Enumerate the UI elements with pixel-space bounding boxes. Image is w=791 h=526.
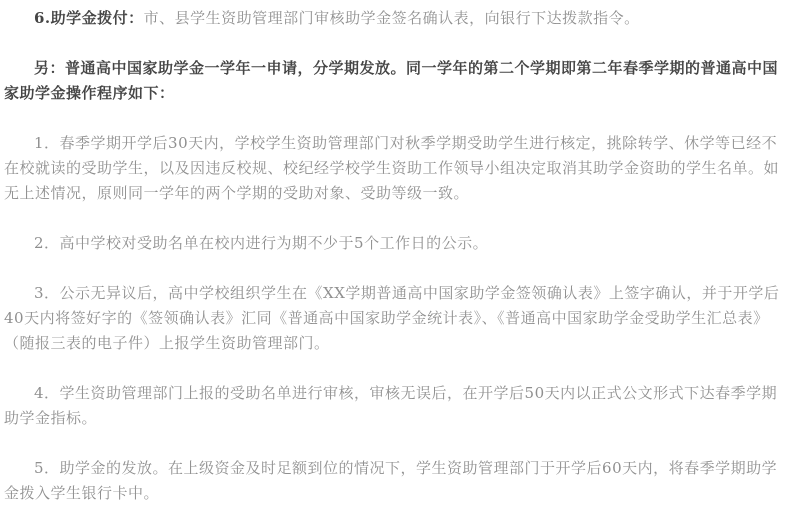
document-page: 6.助学金拨付：市、县学生资助管理部门审核助学金签名确认表，向银行下达拨款指令。… (0, 0, 791, 526)
step-paragraph-1: 1．春季学期开学后30天内，学校学生资助管理部门对秋季学期受助学生进行核定，挑除… (4, 131, 781, 206)
note-paragraph: 另：普通高中国家助学金一学年一申请，分学期发放。同一学年的第二个学期即第二年春季… (4, 56, 781, 106)
section-heading-paragraph: 6.助学金拨付：市、县学生资助管理部门审核助学金签名确认表，向银行下达拨款指令。 (4, 6, 781, 31)
step-paragraph-2: 2．高中学校对受助名单在校内进行为期不少于5个工作日的公示。 (4, 231, 781, 256)
section-heading-label: 6.助学金拨付： (34, 9, 144, 27)
step-paragraph-5: 5．助学金的发放。在上级资金及时足额到位的情况下，学生资助管理部门于开学后60天… (4, 456, 781, 506)
step-paragraph-3: 3．公示无异议后，高中学校组织学生在《XX学期普通高中国家助学金签领确认表》上签… (4, 281, 781, 356)
section-heading-text: 市、县学生资助管理部门审核助学金签名确认表，向银行下达拨款指令。 (144, 9, 640, 27)
step-paragraph-4: 4．学生资助管理部门上报的受助名单进行审核，审核无误后，在开学后50天内以正式公… (4, 381, 781, 431)
